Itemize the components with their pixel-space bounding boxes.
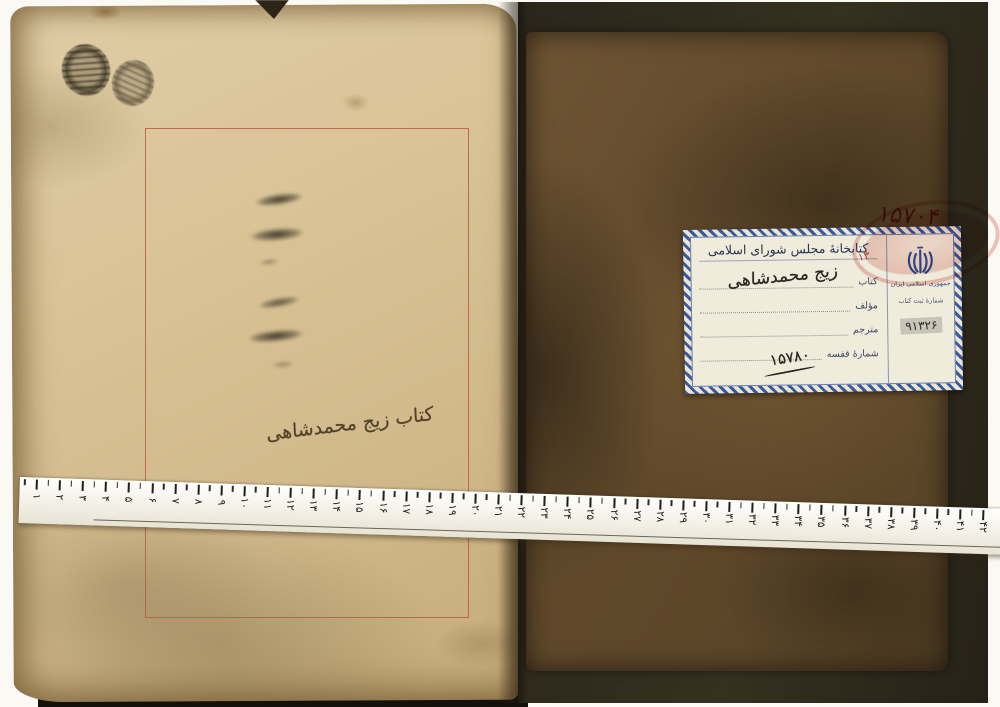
ruler-minor-tick <box>971 510 973 516</box>
ruler-minor-tick <box>925 508 927 514</box>
ruler-number: ۲۹ <box>677 509 690 525</box>
ruler-minor-tick <box>255 487 257 493</box>
ruler-number: ۲۲ <box>515 504 528 520</box>
ruler-minor-tick <box>717 502 719 508</box>
ruler-number: ۲ <box>53 489 66 505</box>
field-label: مترجم <box>853 324 879 335</box>
ruler-number: ۱۱ <box>261 496 274 512</box>
ruler-number: ۲۸ <box>653 508 666 524</box>
ruler-number: ۳۷ <box>861 515 874 531</box>
ruler-number: ۳۰ <box>700 510 713 526</box>
ruler-number: ۳۵ <box>815 514 828 530</box>
gutter-shadow <box>498 2 528 703</box>
label-field-translator: مترجم <box>700 324 878 337</box>
manuscript-scan: کتاب زیج محمدشاهی جمهوری اسلامی ایران <box>0 0 1000 707</box>
ruler-minor-tick <box>786 504 788 510</box>
ruler-number: ۴۲ <box>977 519 990 535</box>
red-stamp-partial-text: ۱۳ <box>857 249 871 264</box>
ruler-minor-tick <box>117 482 119 488</box>
ruler-minor-tick <box>440 493 442 499</box>
ruler-number: ۶ <box>146 492 159 508</box>
ruler-minor-tick <box>163 484 165 490</box>
label-field-author: مؤلف <box>700 300 878 313</box>
ruler-minor-tick <box>463 493 465 499</box>
ruler-number: ۳۸ <box>884 516 897 532</box>
field-label: شمارهٔ قفسه <box>827 348 879 360</box>
ruler-number: ۴ <box>99 491 112 507</box>
ruler-number: ۷ <box>169 493 182 509</box>
ruler-number: ۸ <box>192 494 205 510</box>
ruler-minor-tick <box>324 489 326 495</box>
ruler-minor-tick <box>740 502 742 508</box>
ruler-minor-tick <box>671 500 673 506</box>
ruler-minor-tick <box>70 481 72 487</box>
ruler-minor-tick <box>347 490 349 496</box>
ruler-number: ۴۱ <box>954 518 967 534</box>
ruler-minor-tick <box>486 494 488 500</box>
ruler-minor-tick <box>24 479 26 485</box>
ruler-number: ۳ <box>76 490 89 506</box>
ruler-minor-tick <box>532 496 534 502</box>
label-header: کتابخانهٔ مجلس شورای اسلامی <box>699 240 877 261</box>
ruler-minor-tick <box>301 488 303 494</box>
ruler-number: ۱۲ <box>284 497 297 513</box>
ruler-minor-tick <box>694 501 696 507</box>
ruler-number: ۱۳ <box>307 497 320 513</box>
ruler-number: ۳۶ <box>838 514 851 530</box>
ruler-minor-tick <box>370 490 372 496</box>
ruler-minor-tick <box>140 483 142 489</box>
ruler-minor-tick <box>93 481 95 487</box>
ruler-minor-tick <box>232 486 234 492</box>
ruler-number: ۲۴ <box>561 506 574 522</box>
ruler-minor-tick <box>601 498 603 504</box>
ruler-minor-tick <box>509 495 511 501</box>
ruler-minor-tick <box>417 492 419 498</box>
ruler-number: ۱۵ <box>353 499 366 515</box>
ruler-number: ۳۱ <box>723 511 736 527</box>
ruler-minor-tick <box>878 507 880 513</box>
ruler-number: ۳۳ <box>769 512 782 528</box>
ruler-minor-tick <box>855 506 857 512</box>
ruler-number: ۲۵ <box>584 506 597 522</box>
field-label: مؤلف <box>855 300 878 311</box>
ruler-minor-tick <box>809 504 811 510</box>
label-registration-caption: شمارهٔ ثبت کتاب <box>898 296 943 305</box>
ruler-number: ۱۹ <box>446 502 459 518</box>
ruler-number: ۲۳ <box>538 505 551 521</box>
ruler-number: ۳۴ <box>792 513 805 529</box>
ruler-number: ۲۶ <box>607 507 620 523</box>
ruler-minor-tick <box>47 480 49 486</box>
ruler-minor-tick <box>624 499 626 505</box>
ruler-number: ۱۴ <box>330 498 343 514</box>
ruler-number: ۹ <box>215 494 228 510</box>
ruler-number: ۱۰ <box>238 495 251 511</box>
ruler-minor-tick <box>209 485 211 491</box>
ruler-minor-tick <box>832 505 834 511</box>
ruler-minor-tick <box>394 491 396 497</box>
field-line <box>700 325 848 338</box>
ruler-minor-tick <box>948 509 950 515</box>
ruler-number: ۲۰ <box>469 503 482 519</box>
ruler-number: ۱۶ <box>376 500 389 516</box>
ruler-minor-tick <box>278 487 280 493</box>
ruler-number: ۵ <box>122 491 135 507</box>
ruler-minor-tick <box>902 507 904 513</box>
ruler-number: ۴۰ <box>931 517 944 533</box>
ruler-minor-tick <box>578 497 580 503</box>
ruler-number: ۱۸ <box>423 501 436 517</box>
ruler-minor-tick <box>763 503 765 509</box>
ruler-minor-tick <box>648 499 650 505</box>
ruler-number: ۲۷ <box>630 508 643 524</box>
ruler-minor-tick <box>186 484 188 490</box>
red-handwritten-number: ۱۵۷۰۴ <box>875 202 943 231</box>
ruler-number: ۲۱ <box>492 503 505 519</box>
ruler-number: ۳۹ <box>907 517 920 533</box>
label-registration-number: ۹۱۳۲۶ <box>900 317 943 335</box>
ruler-number: ۳۲ <box>746 511 759 527</box>
ruler-number: ۱ <box>30 488 43 504</box>
ruler-number: ۱۷ <box>400 500 413 516</box>
field-line <box>700 301 850 314</box>
ruler-minor-tick <box>555 496 557 502</box>
